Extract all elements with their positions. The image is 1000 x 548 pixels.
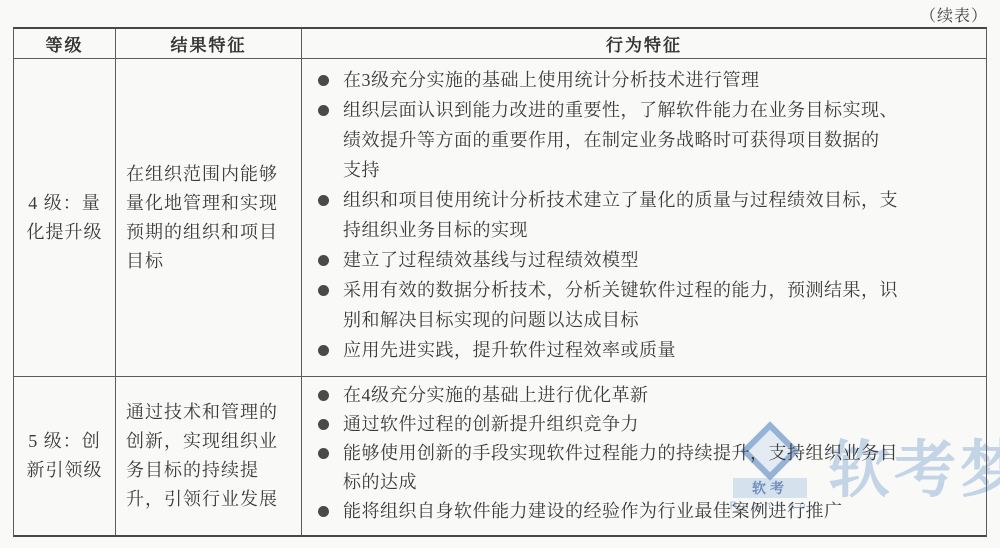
level-5-behaviors: 在4级充分实施的基础上进行优化革新 通过软件过程的创新提升组织竞争力 能够使用创… (302, 377, 986, 535)
header-level: 等级 (14, 29, 116, 59)
behavior-text: 组织层面认识到能力改进的重要性，了解软件能力在业务目标实现、 绩效提升等方面的重… (343, 95, 898, 185)
behavior-text: 通过软件过程的创新提升组织竞争力 (343, 410, 639, 439)
behavior-item: 应用先进实践，提升软件过程效率或质量 (316, 335, 980, 365)
bullet-icon (318, 255, 329, 266)
level-5-result-text: 通过技术和管理的 创新，实现组织业 务目标的持续提 升，引领行业发展 (126, 398, 278, 514)
behavior-item: 通过软件过程的创新提升组织竞争力 (316, 410, 980, 439)
bullet-icon (318, 506, 329, 517)
bullet-icon (318, 419, 329, 430)
behavior-text: 组织和项目使用统计分析技术建立了量化的质量与过程绩效目标，支 持组织业务目标的实… (343, 185, 898, 245)
behavior-item: 在4级充分实施的基础上进行优化革新 (316, 381, 980, 410)
behavior-item: 采用有效的数据分析技术，分析关键软件过程的能力，预测结果，识 别和解决目标实现的… (316, 275, 980, 335)
behavior-text: 建立了过程绩效基线与过程绩效模型 (343, 245, 639, 275)
bullet-icon (318, 285, 329, 296)
behavior-text: 采用有效的数据分析技术，分析关键软件过程的能力，预测结果，识 别和解决目标实现的… (343, 275, 898, 335)
bullet-icon (318, 105, 329, 116)
behavior-item: 组织层面认识到能力改进的重要性，了解软件能力在业务目标实现、 绩效提升等方面的重… (316, 95, 980, 185)
behavior-item: 能够使用创新的手段实现软件过程能力的持续提升，支持组织业务目 标的达成 (316, 439, 980, 497)
bullet-icon (318, 75, 329, 86)
behavior-text: 能将组织自身软件能力建设的经验作为行业最佳案例进行推广 (343, 497, 843, 526)
bullet-icon (318, 390, 329, 401)
continued-table-label: （续表） (920, 3, 988, 26)
behavior-text: 在4级充分实施的基础上进行优化革新 (343, 381, 649, 410)
behavior-text: 在3级充分实施的基础上使用统计分析技术进行管理 (343, 65, 760, 95)
header-result: 结果特征 (116, 29, 302, 59)
behavior-item: 组织和项目使用统计分析技术建立了量化的质量与过程绩效目标，支 持组织业务目标的实… (316, 185, 980, 245)
behavior-text: 应用先进实践，提升软件过程效率或质量 (343, 335, 676, 365)
level-4-result: 在组织范围内能够 量化地管理和实现 预期的组织和项目 目标 (116, 59, 302, 377)
level-4-result-text: 在组织范围内能够 量化地管理和实现 预期的组织和项目 目标 (126, 160, 278, 276)
bullet-icon (318, 195, 329, 206)
behavior-item: 在3级充分实施的基础上使用统计分析技术进行管理 (316, 65, 980, 95)
level-4-behaviors: 在3级充分实施的基础上使用统计分析技术进行管理 组织层面认识到能力改进的重要性，… (302, 59, 986, 377)
bullet-icon (318, 345, 329, 356)
level-5-result: 通过技术和管理的 创新，实现组织业 务目标的持续提 升，引领行业发展 (116, 377, 302, 535)
behavior-item: 能将组织自身软件能力建设的经验作为行业最佳案例进行推广 (316, 497, 980, 526)
maturity-levels-table: 等级 结果特征 行为特征 4 级：量 化提升级 在组织范围内能够 量化地管理和实… (13, 27, 987, 537)
behavior-text: 能够使用创新的手段实现软件过程能力的持续提升，支持组织业务目 标的达成 (343, 439, 898, 497)
level-5-label: 5 级：创 新引领级 (14, 377, 116, 535)
bullet-icon (318, 448, 329, 459)
behavior-item: 建立了过程绩效基线与过程绩效模型 (316, 245, 980, 275)
header-behavior: 行为特征 (302, 29, 986, 59)
level-4-label: 4 级：量 化提升级 (14, 59, 116, 377)
